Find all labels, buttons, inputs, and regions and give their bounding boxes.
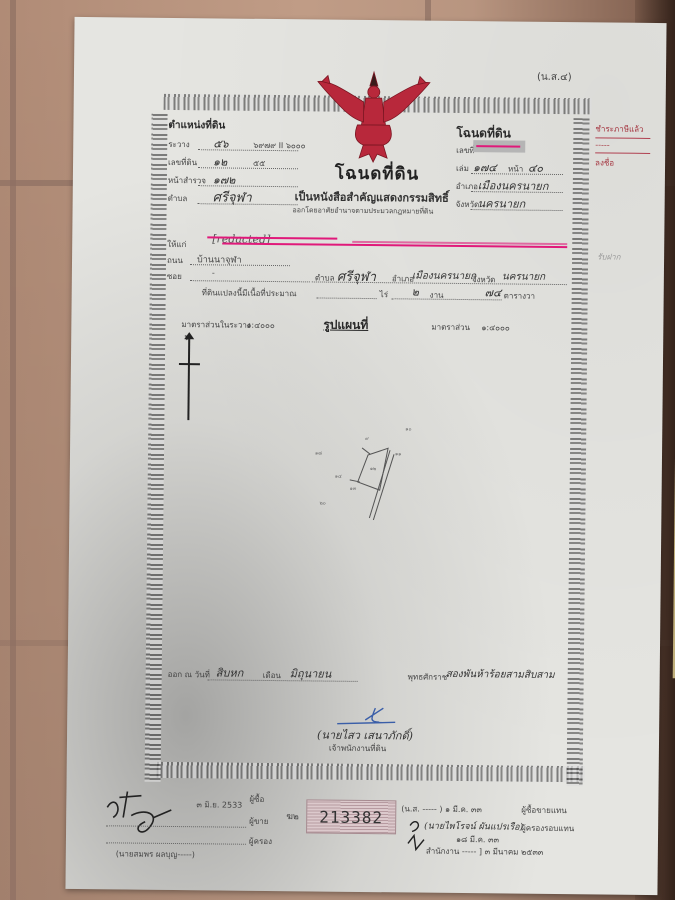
scale-right-label: มาตราส่วน <box>431 321 470 334</box>
field-underline <box>392 298 502 300</box>
deed-subtitle: เป็นหนังสือสำคัญแสดงกรรมสิทธิ์ <box>295 187 449 207</box>
issue-year: สองพันห้าร้อยสามสิบสาม <box>446 667 555 683</box>
road-label: ถนน <box>167 254 183 267</box>
svg-text:๑๓: ๑๓ <box>350 486 357 492</box>
stamp-line: ----- <box>595 140 610 149</box>
svg-text:๑๐: ๑๐ <box>405 426 411 432</box>
rai-unit: ไร่ <box>380 288 388 301</box>
svg-text:๑๒: ๑๒ <box>370 466 377 472</box>
wa-unit: ตารางวา <box>504 289 536 302</box>
soi-label: ซอย <box>167 270 182 283</box>
scale-left-label: มาตราส่วนในระวาง <box>181 318 251 332</box>
soi-value: - <box>212 268 215 277</box>
svg-text:๑๘: ๑๘ <box>315 450 322 456</box>
field-underline <box>317 297 377 299</box>
ngan-unit: งาน <box>430 289 444 302</box>
transfer-line-1: (น.ส. ----- ) ๑ มี.ค. ๓๓ <box>401 802 482 816</box>
owner-label: ให้แก่ <box>167 238 186 251</box>
field-label: เลขที่ดิน <box>168 156 197 169</box>
north-arrow-crossbar <box>179 363 200 365</box>
handwritten-signature <box>101 787 202 848</box>
serial-number: 213382 <box>319 807 383 827</box>
svg-text:๑๔: ๑๔ <box>335 474 342 480</box>
bottom-left-date: ๓ มิ.ย. 2533 <box>196 798 242 811</box>
tambon-value: ศรีจุฬา <box>337 266 376 287</box>
ornamental-border-left <box>145 114 168 782</box>
parcel-map-sketch: ๑๒ ๑๑ ๑๔ ๑๓ ๑๘ ๑๐ ๒๐ ๙ <box>309 419 440 520</box>
ornamental-border-right <box>567 118 590 786</box>
role-holder: ผู้ครอง <box>249 835 272 848</box>
svg-text:๑๑: ๑๑ <box>395 451 401 457</box>
garuda-emblem-icon <box>313 69 434 165</box>
form-code: (น.ส.๔) <box>537 70 572 85</box>
stamp-underline <box>595 152 650 154</box>
issue-year-label: พุทธศักราช <box>408 670 448 683</box>
signatory-title: เจ้าพนักงานที่ดิน <box>329 742 386 756</box>
initials-signature <box>406 815 430 855</box>
serial-number-box: 213382 <box>306 799 396 834</box>
area-label: ที่ดินแปลงนี้มีเนื้อที่ประมาณ <box>202 286 297 300</box>
svg-text:๒๐: ๒๐ <box>319 501 325 507</box>
stamp-line: ลงชื่อ <box>595 156 614 169</box>
serial-prefix: ฆ๒ <box>286 809 299 823</box>
svg-text:๙: ๙ <box>365 436 369 442</box>
north-arrow-icon <box>187 338 190 420</box>
transfer-line-4: สำนักงาน ----- ] ๓ มีนาคม ๒๕๓๓ <box>426 845 544 859</box>
role-seller: ผู้ขาย <box>249 815 268 828</box>
transfer-role-1: ผู้ซื้อขายแทน <box>521 804 567 817</box>
issue-prefix: ออก ณ วันที่ <box>168 668 210 681</box>
transfer-line-2: (นายไพโรจน์ ผันแปรเรือ) <box>424 819 523 834</box>
location-heading: ตำแหน่งที่ดิน <box>168 118 225 134</box>
land-title-deed: (น.ส.๔) ตำแหน่งที่ดิน ระวาง ๕๖ ๖๙๗๙ II ๖… <box>65 17 666 895</box>
bottom-left-note: (นายสมพร ผลบุญ-----) <box>116 847 195 861</box>
tambon-label: ตำบล <box>315 271 335 284</box>
map-title: รูปแผนที่ <box>323 316 368 335</box>
ornamental-border-bottom <box>157 762 585 782</box>
margin-note: รับฝาก <box>597 250 621 263</box>
scale-right-value: ๑:๔๐๐๐ <box>481 321 510 334</box>
stamp-underline <box>595 137 650 139</box>
field-underline <box>190 280 310 282</box>
tile-grout-line <box>10 0 16 900</box>
amphoe-label: อำเภอ <box>392 272 414 285</box>
field-label: เล่ม <box>456 162 469 175</box>
role-buyer: ผู้ซื้อ <box>249 793 264 806</box>
deed-authority-line: ออกโดยอาศัยอำนาจตามประมวลกฎหมายที่ดิน <box>293 205 434 217</box>
deed-title: โฉนดที่ดิน <box>335 160 420 188</box>
field-label: ตำบล <box>168 192 188 205</box>
transfer-role-2: ผู้ครองรอบแทน <box>521 822 574 836</box>
scale-left-value: ๑:๔๐๐๐ <box>246 319 275 332</box>
stamp-line: ชำระภาษีแล้ว <box>595 122 643 136</box>
field-label: เลขที่ <box>456 144 475 157</box>
field-label: ระวาง <box>168 138 190 151</box>
